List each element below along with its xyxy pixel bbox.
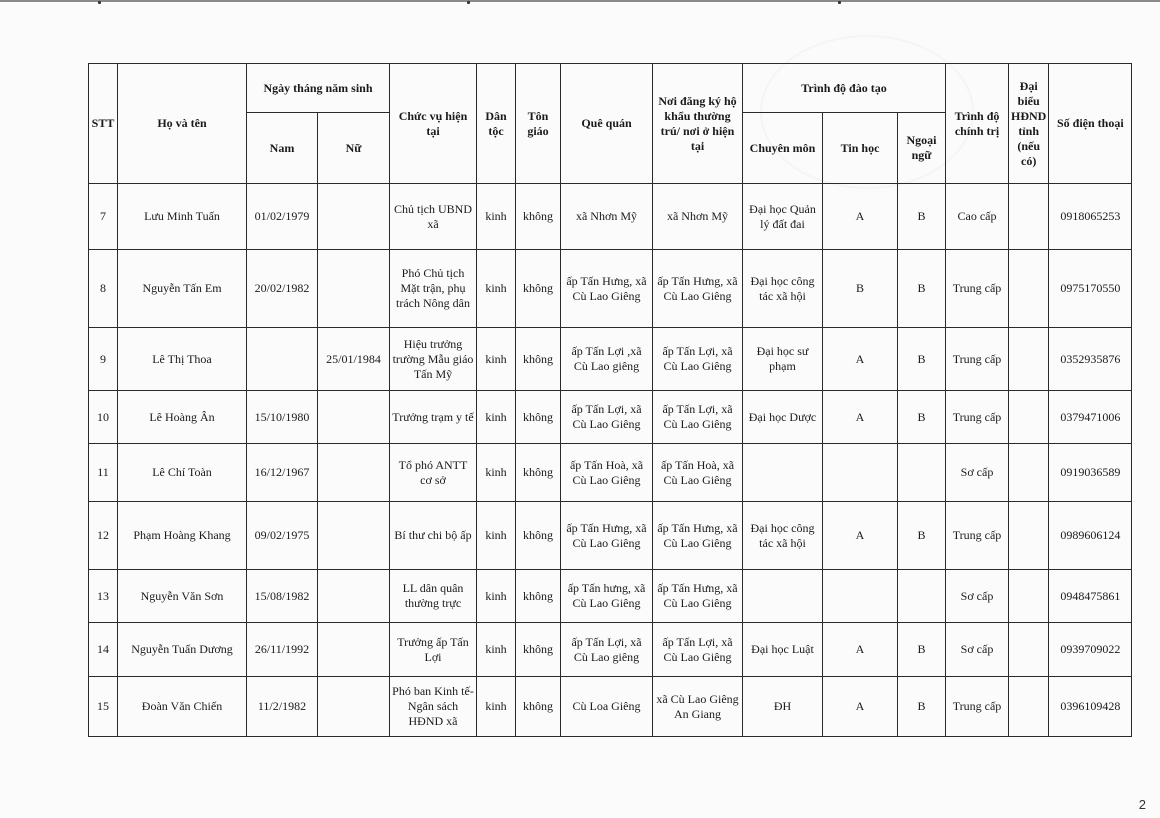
cell-nam: 11/2/1982 xyxy=(247,677,318,737)
cell-tin-hoc xyxy=(823,570,898,623)
cell-stt: 15 xyxy=(89,677,118,737)
cell-dan-toc: kinh xyxy=(477,328,516,391)
cell-noi-dang-ky: ấp Tấn Lợi, xã Cù Lao Giêng xyxy=(653,328,743,391)
cell-ho-ten: Lê Hoàng Ân xyxy=(118,391,247,444)
cell-nu xyxy=(318,570,390,623)
cell-ton-giao: không xyxy=(516,444,561,502)
scan-mark xyxy=(98,1,101,4)
cell-que-quan: ấp Tấn Hưng, xã Cù Lao Giêng xyxy=(561,250,653,328)
cell-noi-dang-ky: xã Nhơn Mỹ xyxy=(653,184,743,250)
cell-ho-ten: Lê Chí Toàn xyxy=(118,444,247,502)
cell-so-dien-thoai: 0918065253 xyxy=(1049,184,1132,250)
cell-ho-ten: Lưu Minh Tuấn xyxy=(118,184,247,250)
cell-chuyen-mon: Đại học Quản lý đất đai xyxy=(743,184,823,250)
header-ngoai-ngu: Ngoại ngữ xyxy=(898,113,946,184)
cell-nam xyxy=(247,328,318,391)
cell-so-dien-thoai: 0352935876 xyxy=(1049,328,1132,391)
candidate-table: STT Họ và tên Ngày tháng năm sinh Chức v… xyxy=(88,63,1132,737)
table-row: 12Phạm Hoàng Khang09/02/1975Bí thư chi b… xyxy=(89,502,1132,570)
header-nu: Nữ xyxy=(318,113,390,184)
cell-chuc-vu: LL dân quân thường trực xyxy=(390,570,477,623)
header-nam: Nam xyxy=(247,113,318,184)
cell-chinh-tri: Sơ cấp xyxy=(946,570,1009,623)
cell-chuyen-mon: Đại học Dược xyxy=(743,391,823,444)
cell-chinh-tri: Cao cấp xyxy=(946,184,1009,250)
header-que-quan: Quê quán xyxy=(561,64,653,184)
cell-stt: 13 xyxy=(89,570,118,623)
cell-stt: 14 xyxy=(89,623,118,677)
cell-dan-toc: kinh xyxy=(477,623,516,677)
header-chuyen-mon: Chuyên môn xyxy=(743,113,823,184)
cell-chuyen-mon: Đại học Luật xyxy=(743,623,823,677)
cell-so-dien-thoai: 0919036589 xyxy=(1049,444,1132,502)
cell-tin-hoc xyxy=(823,444,898,502)
cell-chuc-vu: Phó Chủ tịch Mặt trận, phụ trách Nông dâ… xyxy=(390,250,477,328)
cell-ngoai-ngu: B xyxy=(898,502,946,570)
cell-nam: 09/02/1975 xyxy=(247,502,318,570)
cell-que-quan: ấp Tấn Hoà, xã Cù Lao Giêng xyxy=(561,444,653,502)
cell-que-quan: ấp Tấn Lợi, xã Cù Lao giêng xyxy=(561,623,653,677)
cell-que-quan: Cù Loa Giêng xyxy=(561,677,653,737)
cell-nam: 01/02/1979 xyxy=(247,184,318,250)
cell-nu xyxy=(318,623,390,677)
cell-que-quan: ấp Tấn Hưng, xã Cù Lao Giêng xyxy=(561,502,653,570)
cell-chuc-vu: Chủ tịch UBND xã xyxy=(390,184,477,250)
cell-so-dien-thoai: 0939709022 xyxy=(1049,623,1132,677)
cell-ho-ten: Lê Thị Thoa xyxy=(118,328,247,391)
cell-tin-hoc: A xyxy=(823,502,898,570)
cell-chuyen-mon: Đại học công tác xã hội xyxy=(743,502,823,570)
cell-que-quan: xã Nhơn Mỹ xyxy=(561,184,653,250)
cell-dai-bieu xyxy=(1009,250,1049,328)
cell-chuyen-mon: ĐH xyxy=(743,677,823,737)
table-body: 7Lưu Minh Tuấn01/02/1979Chủ tịch UBND xã… xyxy=(89,184,1132,737)
cell-ton-giao: không xyxy=(516,502,561,570)
cell-nu xyxy=(318,250,390,328)
cell-ngoai-ngu: B xyxy=(898,250,946,328)
cell-ho-ten: Nguyễn Tuấn Dương xyxy=(118,623,247,677)
header-ton-giao: Tôn giáo xyxy=(516,64,561,184)
cell-dan-toc: kinh xyxy=(477,250,516,328)
cell-noi-dang-ky: ấp Tấn Hưng, xã Cù Lao Giêng xyxy=(653,250,743,328)
cell-ton-giao: không xyxy=(516,677,561,737)
header-stt: STT xyxy=(89,64,118,184)
cell-chuc-vu: Trưởng ấp Tấn Lợi xyxy=(390,623,477,677)
cell-noi-dang-ky: xã Cù Lao Giêng An Giang xyxy=(653,677,743,737)
cell-chinh-tri: Trung cấp xyxy=(946,677,1009,737)
cell-ton-giao: không xyxy=(516,250,561,328)
cell-nu xyxy=(318,677,390,737)
cell-ngoai-ngu: B xyxy=(898,184,946,250)
cell-ho-ten: Đoàn Văn Chiến xyxy=(118,677,247,737)
table-row: 7Lưu Minh Tuấn01/02/1979Chủ tịch UBND xã… xyxy=(89,184,1132,250)
cell-chuc-vu: Trưởng trạm y tế xyxy=(390,391,477,444)
header-so-dien-thoai: Số điện thoại xyxy=(1049,64,1132,184)
cell-nu xyxy=(318,184,390,250)
cell-dai-bieu xyxy=(1009,677,1049,737)
scan-mark xyxy=(838,1,841,4)
header-chuc-vu: Chức vụ hiện tại xyxy=(390,64,477,184)
cell-so-dien-thoai: 0379471006 xyxy=(1049,391,1132,444)
cell-chinh-tri: Trung cấp xyxy=(946,391,1009,444)
cell-dai-bieu xyxy=(1009,444,1049,502)
cell-noi-dang-ky: ấp Tấn Hưng, xã Cù Lao Giêng xyxy=(653,570,743,623)
header-ho-ten: Họ và tên xyxy=(118,64,247,184)
cell-nu xyxy=(318,391,390,444)
cell-ngoai-ngu: B xyxy=(898,677,946,737)
table-row: 14Nguyễn Tuấn Dương26/11/1992Trưởng ấp T… xyxy=(89,623,1132,677)
cell-chuc-vu: Hiệu trưởng trường Mẫu giáo Tấn Mỹ xyxy=(390,328,477,391)
table-row: 8Nguyễn Tấn Em20/02/1982Phó Chủ tịch Mặt… xyxy=(89,250,1132,328)
cell-chuyen-mon xyxy=(743,444,823,502)
cell-nu: 25/01/1984 xyxy=(318,328,390,391)
cell-stt: 10 xyxy=(89,391,118,444)
cell-ngoai-ngu: B xyxy=(898,623,946,677)
scan-page-edge xyxy=(0,0,1160,2)
cell-dai-bieu xyxy=(1009,570,1049,623)
cell-stt: 7 xyxy=(89,184,118,250)
cell-chuc-vu: Tổ phó ANTT cơ sở xyxy=(390,444,477,502)
header-chinh-tri: Trình độ chính trị xyxy=(946,64,1009,184)
cell-so-dien-thoai: 0989606124 xyxy=(1049,502,1132,570)
cell-nu xyxy=(318,502,390,570)
cell-dai-bieu xyxy=(1009,328,1049,391)
cell-dan-toc: kinh xyxy=(477,184,516,250)
cell-nam: 20/02/1982 xyxy=(247,250,318,328)
cell-chuc-vu: Bí thư chi bộ ấp xyxy=(390,502,477,570)
cell-ngoai-ngu: B xyxy=(898,391,946,444)
cell-nam: 26/11/1992 xyxy=(247,623,318,677)
cell-so-dien-thoai: 0948475861 xyxy=(1049,570,1132,623)
cell-ho-ten: Phạm Hoàng Khang xyxy=(118,502,247,570)
cell-tin-hoc: A xyxy=(823,184,898,250)
cell-noi-dang-ky: ấp Tấn Lợi, xã Cù Lao Giêng xyxy=(653,391,743,444)
cell-dan-toc: kinh xyxy=(477,444,516,502)
cell-dai-bieu xyxy=(1009,184,1049,250)
table-row: 11Lê Chí Toàn16/12/1967Tổ phó ANTT cơ sở… xyxy=(89,444,1132,502)
header-ngay-sinh: Ngày tháng năm sinh xyxy=(247,64,390,113)
cell-stt: 12 xyxy=(89,502,118,570)
cell-tin-hoc: A xyxy=(823,623,898,677)
cell-ton-giao: không xyxy=(516,184,561,250)
cell-chinh-tri: Sơ cấp xyxy=(946,444,1009,502)
cell-ton-giao: không xyxy=(516,570,561,623)
cell-so-dien-thoai: 0975170550 xyxy=(1049,250,1132,328)
cell-stt: 11 xyxy=(89,444,118,502)
cell-ngoai-ngu: B xyxy=(898,328,946,391)
cell-chuyen-mon: Đại học sư phạm xyxy=(743,328,823,391)
cell-chinh-tri: Trung cấp xyxy=(946,502,1009,570)
cell-chinh-tri: Sơ cấp xyxy=(946,623,1009,677)
cell-ho-ten: Nguyễn Văn Sơn xyxy=(118,570,247,623)
cell-ho-ten: Nguyễn Tấn Em xyxy=(118,250,247,328)
cell-chinh-tri: Trung cấp xyxy=(946,250,1009,328)
cell-chuyen-mon: Đại học công tác xã hội xyxy=(743,250,823,328)
cell-chuyen-mon xyxy=(743,570,823,623)
cell-so-dien-thoai: 0396109428 xyxy=(1049,677,1132,737)
cell-dan-toc: kinh xyxy=(477,570,516,623)
cell-que-quan: ấp Tấn Lợi, xã Cù Lao Giêng xyxy=(561,391,653,444)
header-dan-toc: Dân tộc xyxy=(477,64,516,184)
cell-dan-toc: kinh xyxy=(477,391,516,444)
header-dai-bieu: Đại biểu HĐND tỉnh (nếu có) xyxy=(1009,64,1049,184)
header-tin-hoc: Tin học xyxy=(823,113,898,184)
cell-nam: 15/10/1980 xyxy=(247,391,318,444)
cell-dan-toc: kinh xyxy=(477,677,516,737)
cell-tin-hoc: A xyxy=(823,328,898,391)
cell-que-quan: ấp Tấn Lợi ,xã Cù Lao giêng xyxy=(561,328,653,391)
cell-ngoai-ngu xyxy=(898,570,946,623)
table-row: 10Lê Hoàng Ân15/10/1980Trưởng trạm y tếk… xyxy=(89,391,1132,444)
cell-ton-giao: không xyxy=(516,623,561,677)
scan-mark xyxy=(467,1,470,4)
table-row: 15Đoàn Văn Chiến11/2/1982Phó ban Kinh tế… xyxy=(89,677,1132,737)
cell-dai-bieu xyxy=(1009,391,1049,444)
cell-nam: 15/08/1982 xyxy=(247,570,318,623)
header-trinh-do-dao-tao: Trình độ đào tạo xyxy=(743,64,946,113)
table-row: 9Lê Thị Thoa25/01/1984Hiệu trưởng trường… xyxy=(89,328,1132,391)
cell-tin-hoc: B xyxy=(823,250,898,328)
cell-noi-dang-ky: ấp Tấn Hoà, xã Cù Lao Giêng xyxy=(653,444,743,502)
cell-noi-dang-ky: ấp Tấn Hưng, xã Cù Lao Giêng xyxy=(653,502,743,570)
cell-noi-dang-ky: ấp Tấn Lợi, xã Cù Lao Giêng xyxy=(653,623,743,677)
cell-tin-hoc: A xyxy=(823,677,898,737)
cell-stt: 9 xyxy=(89,328,118,391)
cell-ton-giao: không xyxy=(516,328,561,391)
cell-ton-giao: không xyxy=(516,391,561,444)
table-row: 13Nguyễn Văn Sơn15/08/1982LL dân quân th… xyxy=(89,570,1132,623)
cell-ngoai-ngu xyxy=(898,444,946,502)
cell-dan-toc: kinh xyxy=(477,502,516,570)
cell-que-quan: ấp Tấn hưng, xã Cù Lao Giêng xyxy=(561,570,653,623)
page-number: 2 xyxy=(1139,797,1146,812)
cell-chuc-vu: Phó ban Kinh tế-Ngân sách HĐND xã xyxy=(390,677,477,737)
cell-dai-bieu xyxy=(1009,502,1049,570)
cell-dai-bieu xyxy=(1009,623,1049,677)
cell-nam: 16/12/1967 xyxy=(247,444,318,502)
header-noi-dang-ky: Nơi đăng ký hộ khẩu thường trú/ nơi ở hi… xyxy=(653,64,743,184)
cell-tin-hoc: A xyxy=(823,391,898,444)
cell-nu xyxy=(318,444,390,502)
cell-stt: 8 xyxy=(89,250,118,328)
cell-chinh-tri: Trung cấp xyxy=(946,328,1009,391)
